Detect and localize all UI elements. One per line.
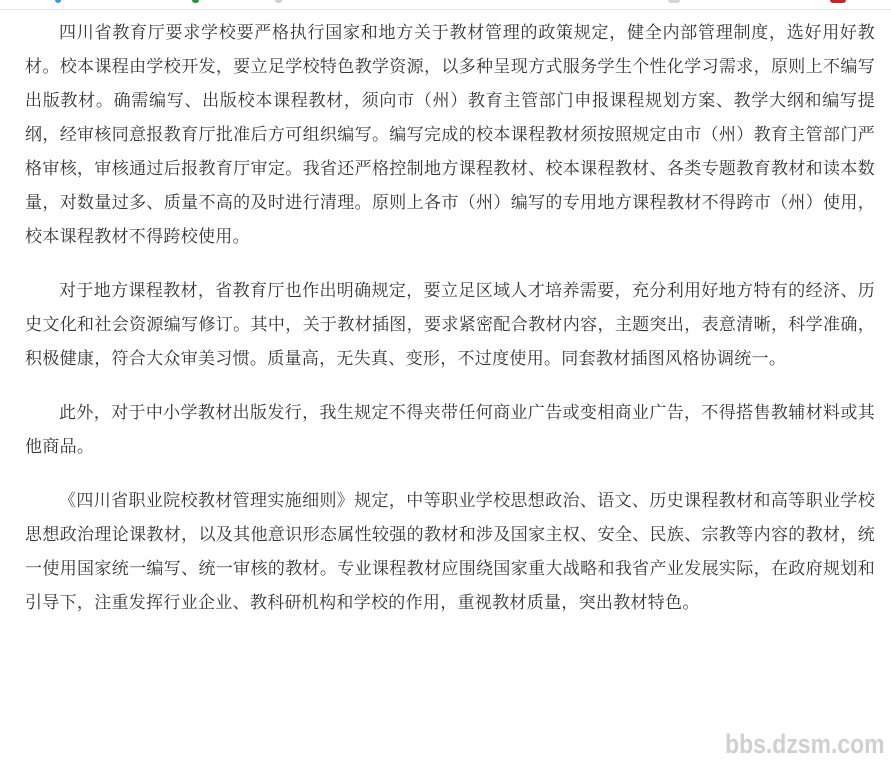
- share-icon-red[interactable]: [830, 0, 846, 3]
- share-icon-blue[interactable]: [55, 0, 61, 3]
- article-paragraph: 《四川省职业院校教材管理实施细则》规定，中等职业学校思想政治、语文、历史课程教材…: [25, 484, 875, 620]
- article-body: 四川省教育厅要求学校要严格执行国家和地方关于教材管理的政策规定，健全内部管理制度…: [25, 16, 875, 640]
- site-watermark: bbs.dzsm.com: [726, 729, 885, 760]
- article-paragraph: 四川省教育厅要求学校要严格执行国家和地方关于教材管理的政策规定，健全内部管理制度…: [25, 16, 875, 254]
- share-toolbar: [0, 0, 891, 10]
- share-icon-gray-2[interactable]: [668, 0, 680, 3]
- article-paragraph: 此外，对于中小学教材出版发行，我生规定不得夹带任何商业广告或变相商业广告，不得搭…: [25, 396, 875, 464]
- share-icon-green[interactable]: [192, 0, 199, 3]
- share-icon-gray[interactable]: [275, 0, 282, 3]
- article-paragraph: 对于地方课程教材，省教育厅也作出明确规定，要立足区域人才培养需要，充分利用好地方…: [25, 274, 875, 376]
